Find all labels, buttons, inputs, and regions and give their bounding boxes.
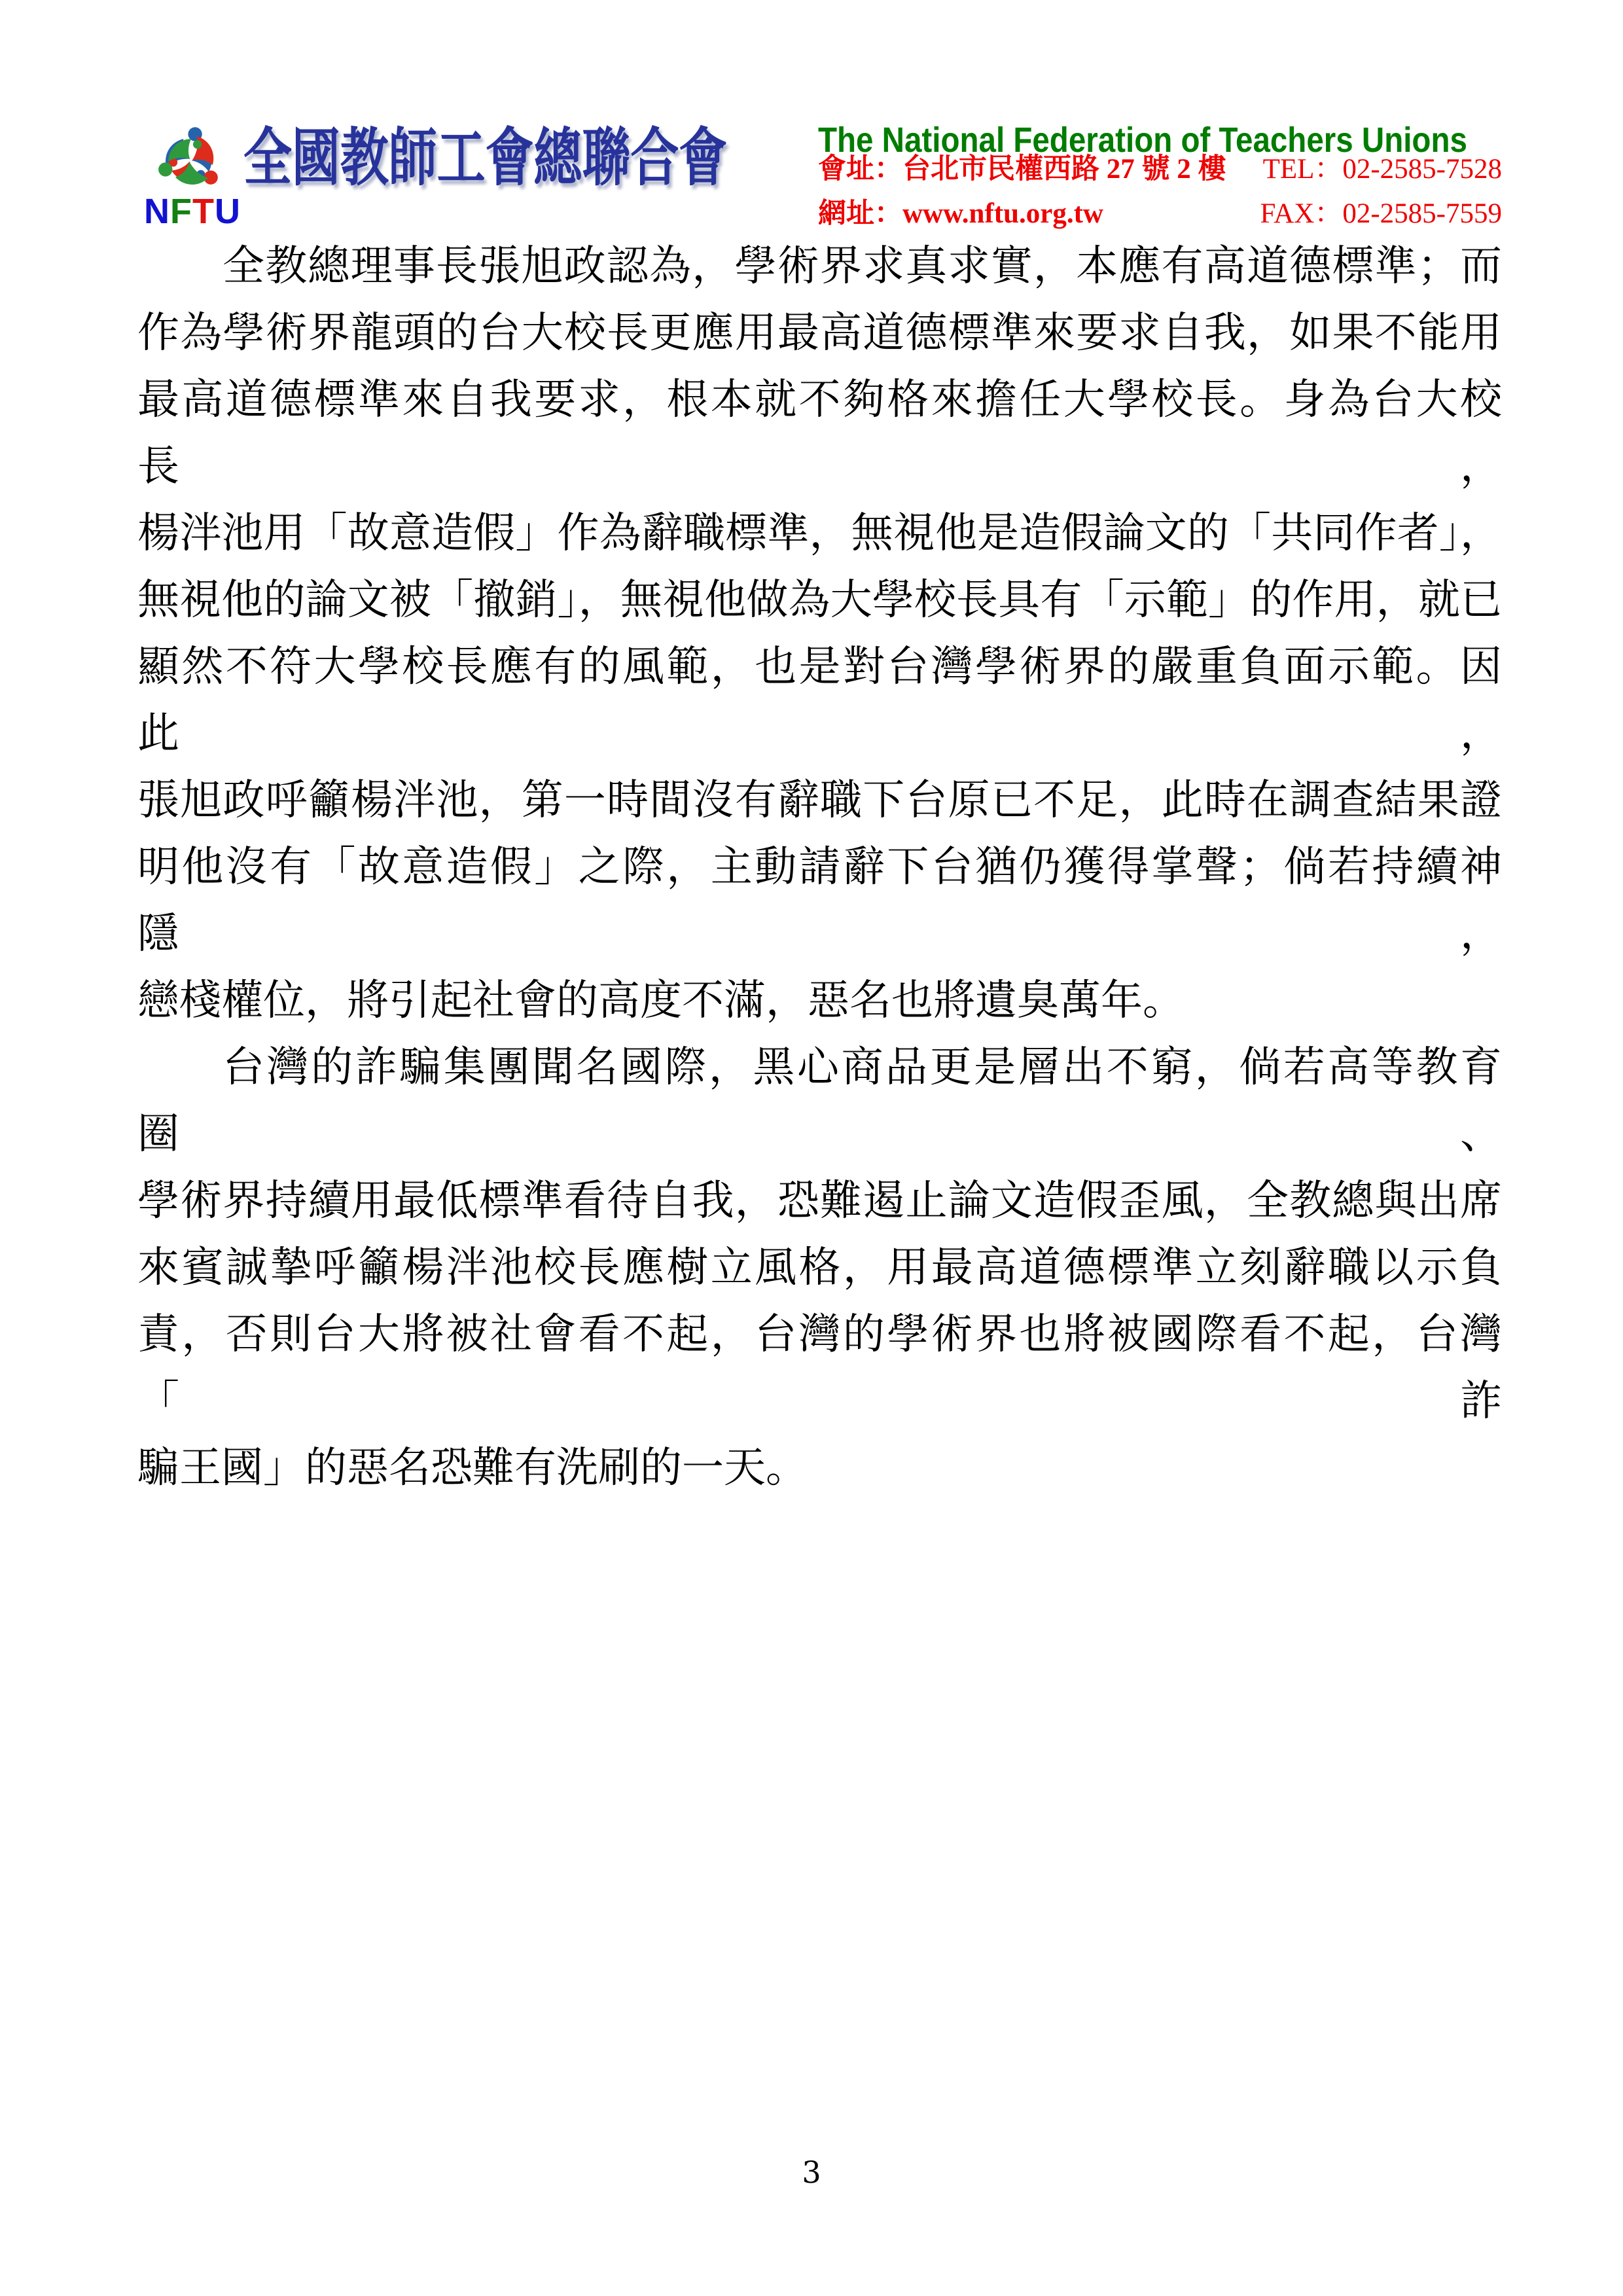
text-line: 楊泮池用「故意造假」作為辭職標準，無視他是造假論文的「共同作者」， [137, 500, 1502, 567]
document-body: 全教總理事長張旭政認為，學術界求真求實，本應有高道德標準；而 作為學術界龍頭的台… [137, 233, 1502, 1501]
nftu-letter: T [192, 194, 215, 229]
page-number: 3 [0, 2155, 1623, 2190]
nftu-letter: U [215, 194, 241, 229]
text-line: 戀棧權位，將引起社會的高度不滿，惡名也將遺臭萬年。 [137, 967, 1502, 1034]
text-line: 學術界持續用最低標準看待自我，恐難遏止論文造假歪風，全教總與出席 [137, 1168, 1502, 1234]
text-line: 張旭政呼籲楊泮池，第一時間沒有辭職下台原已不足，此時在調查結果證 [137, 767, 1502, 834]
org-name-chinese: 全國教師工會總聯合會 [243, 122, 727, 194]
nftu-letter: F [170, 194, 192, 229]
text-line: 台灣的詐騙集團聞名國際，黑心商品更是層出不窮，倘若高等教育圈、 [137, 1034, 1502, 1168]
text-line: 明他沒有「故意造假」之際，主動請辭下台猶仍獲得掌聲；倘若持續神隱， [137, 834, 1502, 967]
text-line: 責，否則台大將被社會看不起，台灣的學術界也將被國際看不起，台灣「詐 [137, 1301, 1502, 1435]
nftu-acronym: NFTU [144, 194, 242, 229]
fax-text: FAX：02-2585-7559 [1260, 198, 1502, 230]
text-line: 騙王國」的惡名恐難有洗刷的一天。 [137, 1435, 1502, 1501]
text-line: 全教總理事長張旭政認為，學術界求真求實，本應有高道德標準；而 [137, 233, 1502, 300]
text-line: 顯然不符大學校長應有的風範，也是對台灣學術界的嚴重負面示範。因此， [137, 634, 1502, 767]
document-page: NFTU 全國教師工會總聯合會 The National Federation … [0, 0, 1623, 2296]
nftu-letter: N [144, 194, 170, 229]
text-line: 作為學術界龍頭的台大校長更應用最高道德標準來要求自我，如果不能用 [137, 300, 1502, 367]
website-text: 網址：www.nftu.org.tw [818, 198, 1103, 230]
text-line: 最高道德標準來自我要求，根本就不夠格來擔任大學校長。身為台大校長， [137, 367, 1502, 500]
text-line: 來賓誠摯呼籲楊泮池校長應樹立風格，用最高道德標準立刻辭職以示負 [137, 1234, 1502, 1301]
text-line: 無視他的論文被「撤銷」，無視他做為大學校長具有「示範」的作用，就已 [137, 567, 1502, 634]
address-text: 會址：台北市民權西路 27 號 2 樓 [818, 153, 1226, 186]
paragraph-2: 台灣的詐騙集團聞名國際，黑心商品更是層出不窮，倘若高等教育圈、 學術界持續用最低… [137, 1034, 1502, 1501]
tel-text: TEL：02-2585-7528 [1263, 153, 1502, 186]
nftu-logo-icon [145, 119, 236, 199]
paragraph-1: 全教總理事長張旭政認為，學術界求真求實，本應有高道德標準；而 作為學術界龍頭的台… [137, 233, 1502, 1034]
contact-row-web-fax: 網址：www.nftu.org.tw FAX：02-2585-7559 [818, 198, 1502, 230]
contact-row-address-tel: 會址：台北市民權西路 27 號 2 樓 TEL：02-2585-7528 [818, 153, 1502, 186]
